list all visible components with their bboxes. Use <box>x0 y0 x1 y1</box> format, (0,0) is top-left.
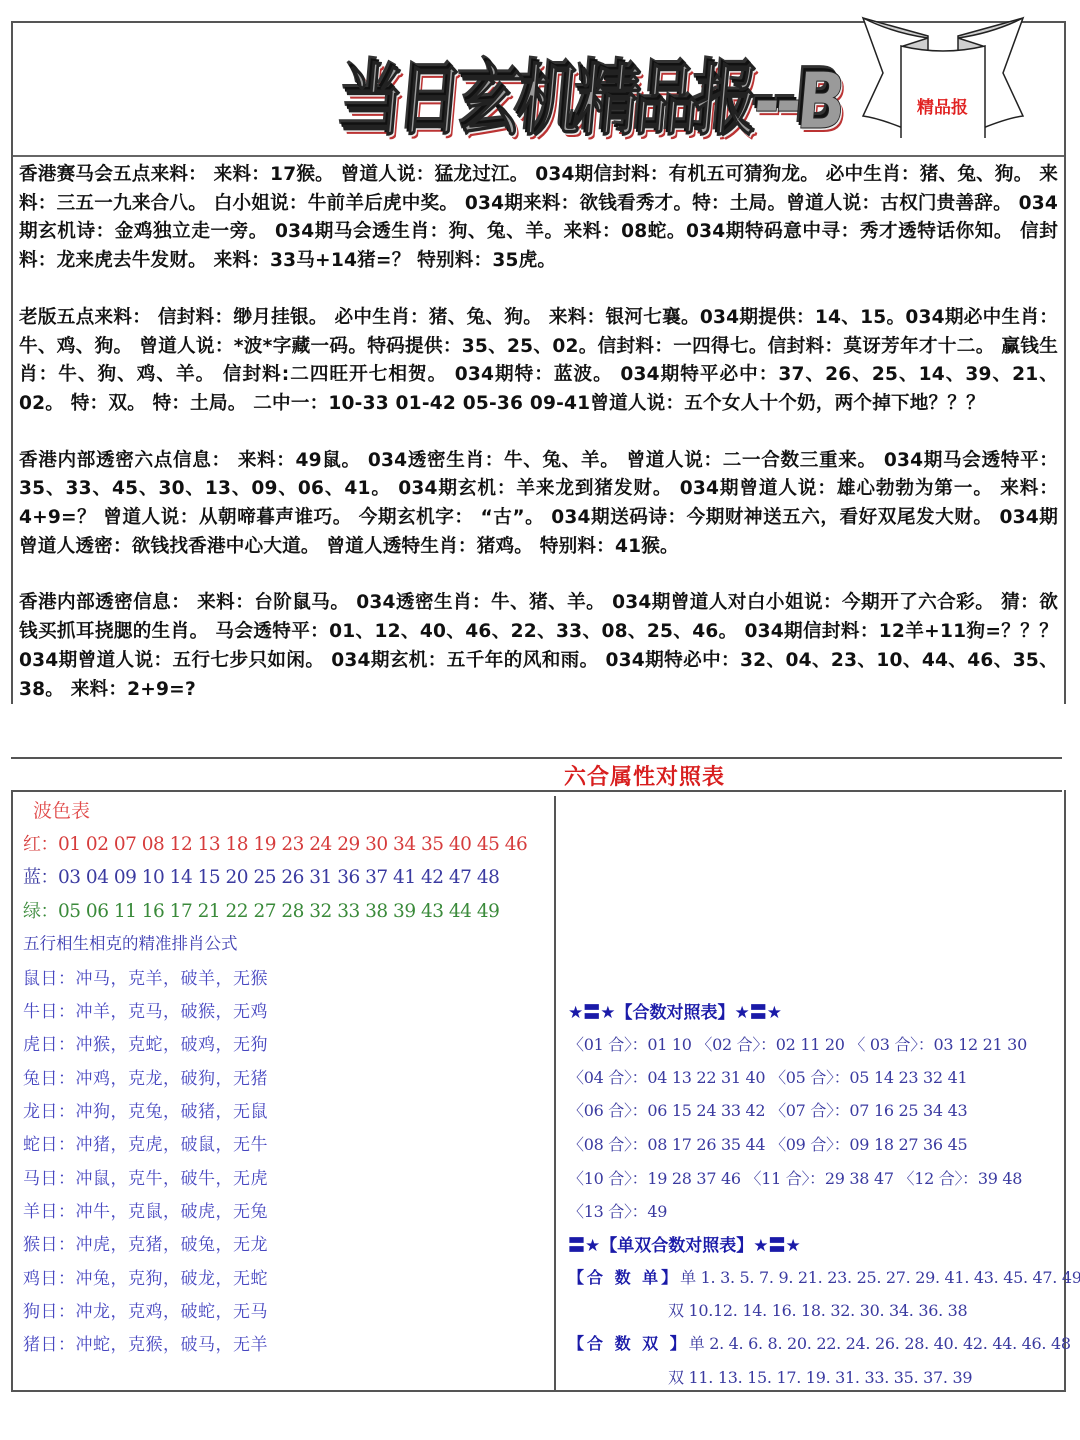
odd-sum-double-row: 双 10.12. 14. 16. 18. 32. 30. 34. 36. 38 <box>668 1298 967 1321</box>
ribbon-label: 精品报 <box>917 93 968 118</box>
wave-row-green: 绿：05 06 11 16 17 21 22 27 28 32 33 38 39… <box>23 897 499 923</box>
wave-color-title: 波色表 <box>33 796 90 823</box>
zodiac-row: 羊日：冲牛，克鼠，破虎，无兔 <box>23 1197 268 1222</box>
attribute-table-title: 六合属性对照表 <box>564 760 725 791</box>
zodiac-row: 猪日：冲蛇，克猴，破马，无羊 <box>23 1330 268 1355</box>
sum-row: 〈04 合〉：04 13 22 31 40 〈05 合〉：05 14 23 32… <box>568 1065 967 1088</box>
zodiac-row: 蛇日：冲猪，克虎，破鼠，无牛 <box>23 1130 268 1155</box>
section-hk-internal-6pm: 香港内部透密六点信息： 来料：49鼠。 034透密生肖：牛、兔、羊。 曾道人说：… <box>19 447 1058 562</box>
zodiac-row: 兔日：冲鸡，克龙，破狗，无猪 <box>23 1064 268 1089</box>
odd-sum-row: 【合 数 单】单 1. 3. 5. 7. 9. 21. 23. 25. 27. … <box>568 1265 1080 1288</box>
wave-row-blue: 蓝：03 04 09 10 14 15 20 25 26 31 36 37 41… <box>23 863 499 889</box>
zodiac-row: 狗日：冲龙，克鸡，破蛇，无马 <box>23 1297 268 1322</box>
sum-row: 〈13 合〉：49 <box>568 1199 667 1222</box>
zodiac-row: 猴日：冲虎，克猪，破兔，无龙 <box>23 1230 268 1255</box>
even-sum-double-row: 双 11. 13. 15. 17. 19. 31. 33. 35. 37. 39 <box>668 1365 972 1388</box>
attribute-table-header: 六合属性对照表 <box>11 757 1062 792</box>
section-hk-internal: 香港内部透密信息： 来料：台阶鼠马。 034透密生肖：牛、猪、羊。 034期曾道… <box>19 589 1058 704</box>
page-title: 当日玄机精品报--B <box>336 39 846 151</box>
sum-row: 〈10 合〉：19 28 37 46 〈11 合〉：29 38 47 〈12 合… <box>568 1166 1022 1189</box>
sum-row: 〈06 合〉：06 15 24 33 42 〈07 合〉：07 16 25 34… <box>568 1098 967 1121</box>
forecast-text: 香港赛马会五点来料： 来料：17猴。 曾道人说：猛龙过江。 034期信封料：有机… <box>13 157 1064 704</box>
sum-table-title: ★〓★【合数对照表】★〓★ <box>568 998 782 1023</box>
column-divider <box>554 796 556 1392</box>
zodiac-row: 鼠日：冲马，克羊，破羊，无猴 <box>23 964 268 989</box>
odd-even-table-title: 〓★【单双合数对照表】★〓★ <box>568 1231 801 1256</box>
even-sum-row: 【合 数 双 】单 2. 4. 6. 8. 20. 22. 24. 26. 28… <box>568 1331 1071 1354</box>
sum-row: 〈08 合〉：08 17 26 35 44 〈09 合〉：09 18 27 36… <box>568 1132 967 1155</box>
attribute-table: 波色表 红：01 02 07 08 12 13 18 19 23 24 29 3… <box>11 790 1066 1392</box>
section-old-edition-5pm: 老版五点来料： 信封料：缈月挂银。 必中生肖：猪、兔、狗。 来料：银河七襄。03… <box>19 304 1058 419</box>
zodiac-row: 虎日：冲猴，克蛇，破鸡，无狗 <box>23 1030 268 1055</box>
formula-title: 五行相生相克的精准排肖公式 <box>23 930 238 954</box>
sum-row: 〈01 合〉：01 10 〈02 合〉：02 11 20 〈 03 合〉：03 … <box>568 1032 1027 1055</box>
zodiac-row: 龙日：冲狗，克兔，破猪，无鼠 <box>23 1097 268 1122</box>
section-hk-jockey-5pm: 香港赛马会五点来料： 来料：17猴。 曾道人说：猛龙过江。 034期信封料：有机… <box>19 161 1058 276</box>
zodiac-row: 鸡日：冲兔，克狗，破龙，无蛇 <box>23 1264 268 1289</box>
wave-row-red: 红：01 02 07 08 12 13 18 19 23 24 29 30 34… <box>23 830 527 856</box>
zodiac-row: 马日：冲鼠，克牛，破牛，无虎 <box>23 1164 268 1189</box>
zodiac-row: 牛日：冲羊，克马，破猴，无鸡 <box>23 997 268 1022</box>
